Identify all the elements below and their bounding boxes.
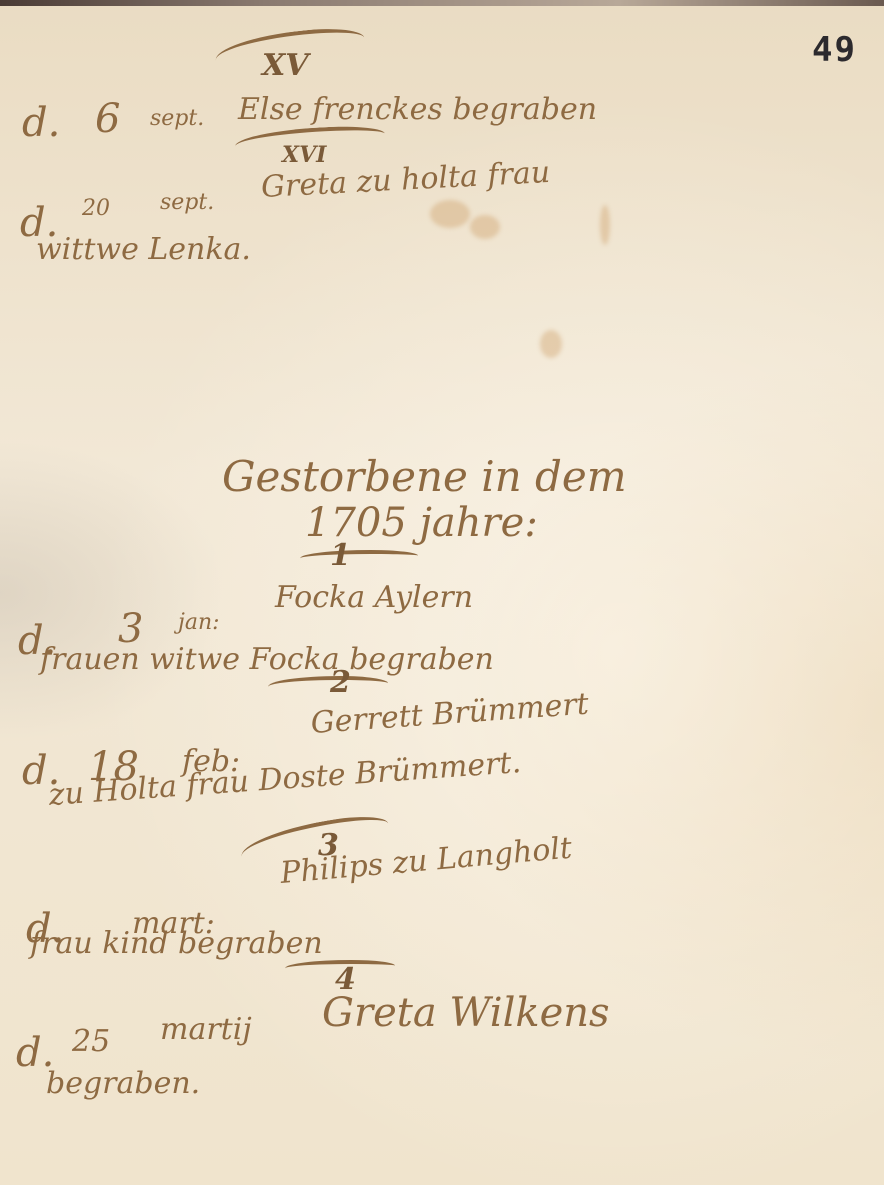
entry-line2: wittwe Lenka.: [36, 232, 251, 267]
entry-index: XVI: [282, 142, 326, 168]
ink-stain: [600, 205, 610, 245]
entry-month: sept.: [160, 190, 214, 215]
entry-prefix: d.: [22, 100, 60, 146]
entry-day: 25: [72, 1024, 110, 1059]
ink-stain: [540, 330, 562, 358]
entry-day: 6: [95, 96, 120, 142]
entry-line1: Greta Wilkens: [322, 990, 610, 1036]
page-number: 49: [812, 30, 857, 70]
page-top-edge: [0, 0, 884, 6]
entry-line2: frauen witwe Focka begraben: [40, 642, 494, 677]
heading-line1: Gestorbene in dem: [222, 452, 627, 501]
entry-index: 2: [330, 665, 351, 700]
entry-line1: Focka Aylern: [275, 580, 473, 615]
ink-stain: [430, 200, 470, 228]
flourish-stroke: [268, 676, 388, 694]
entry-line2: frau kind begraben: [30, 926, 323, 961]
entry-day: 20: [82, 196, 110, 221]
entry-line2: begraben.: [46, 1066, 200, 1101]
entry-index: XV: [262, 48, 309, 83]
entry-month: martij: [160, 1012, 252, 1047]
ink-stain: [470, 215, 500, 239]
entry-month: jan:: [178, 610, 220, 635]
entry-index: 1: [330, 538, 351, 573]
entry-line1: Else frenckes begraben: [238, 92, 597, 127]
entry-line1: Gerrett Brümmert: [310, 687, 590, 741]
flourish-stroke: [300, 550, 418, 564]
entry-month: sept.: [150, 106, 204, 131]
manuscript-page: 49 XV d. 6 sept. Else frenckes begraben …: [0, 0, 884, 1185]
